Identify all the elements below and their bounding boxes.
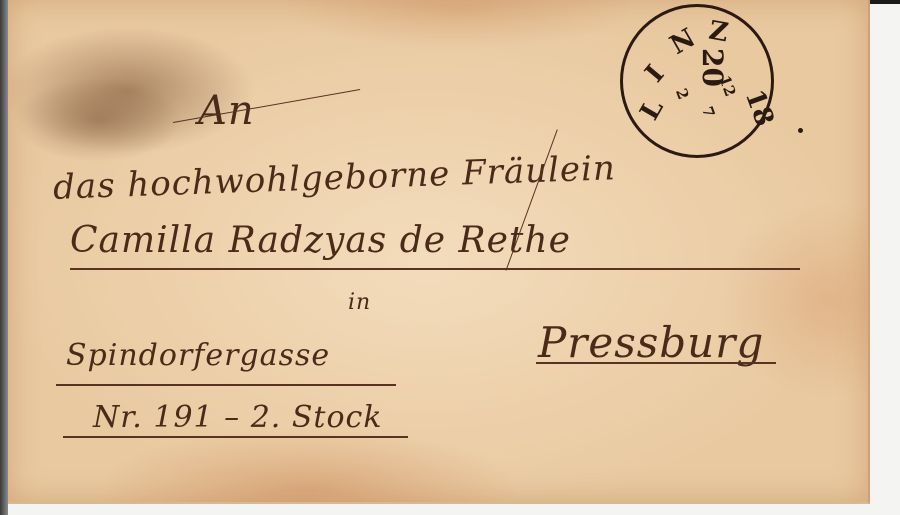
postmark-fraction-top: 2 [672, 86, 692, 102]
street-note: Spindorfergasse [66, 338, 330, 373]
scan-left-edge [0, 0, 8, 515]
house-number-note: Nr. 191 – 2. Stock [93, 400, 383, 435]
salutation: An [198, 88, 255, 134]
envelope: L I N Z 20 2 12 7 18 An das hochwohlgebo… [8, 0, 870, 504]
destination-underline [536, 362, 776, 364]
ink-dot [798, 128, 803, 133]
postmark-letter-z: Z [707, 16, 731, 49]
postmark-letter-i: I [640, 60, 671, 89]
postmark-year: 18 [739, 86, 780, 130]
destination: Pressburg [538, 318, 764, 367]
postmark-letter-l: L [635, 95, 670, 126]
street-underline [56, 384, 396, 386]
address-underline [70, 268, 800, 270]
address-line-2: Camilla Radzyas de Rethe [70, 220, 571, 261]
house-number-underline [63, 436, 408, 438]
postmark-linz: L I N Z 20 2 12 7 18 [620, 4, 774, 158]
postmark-month: 12 [715, 73, 739, 99]
postmark-fraction-bottom: 7 [698, 104, 718, 120]
via-word: in [348, 290, 371, 315]
